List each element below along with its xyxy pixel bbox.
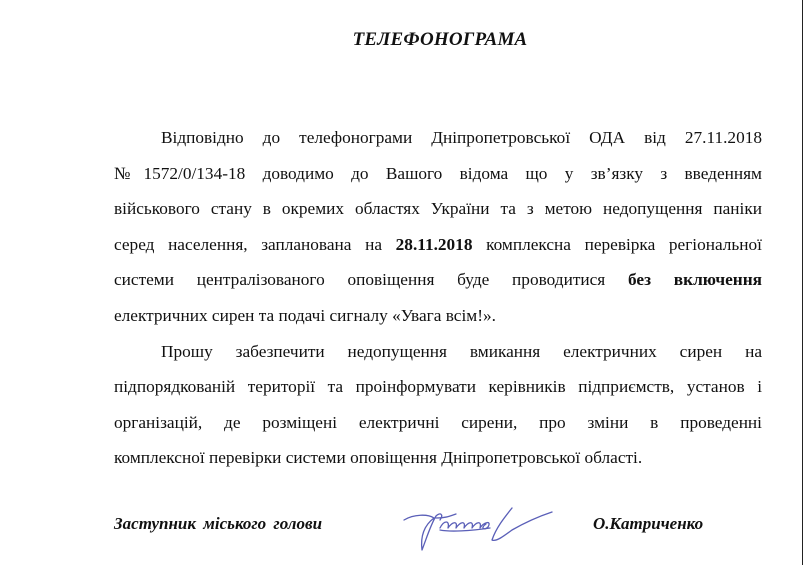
text-line: серед населення, запланована на 28.11.20… — [114, 227, 762, 263]
paragraph-1: Відповідно до телефонограми Дніпропетров… — [114, 120, 762, 334]
emphasis-highlight: без включення — [628, 270, 762, 289]
handwritten-signature-icon — [400, 500, 560, 562]
text-line: Відповідно до телефонограми Дніпропетров… — [114, 120, 762, 156]
signature-block: Заступник міського голови О.Катриченко — [0, 500, 802, 565]
document-body: Відповідно до телефонограми Дніпропетров… — [114, 120, 762, 476]
document-title: ТЕЛЕФОНОГРАМА — [0, 26, 803, 54]
text-line: електричних сирен та подачі сигналу «Ува… — [114, 298, 762, 334]
text-line: Прошу забезпечити недопущення вмикання е… — [114, 334, 762, 370]
signatory-position: Заступник міського голови — [114, 514, 322, 534]
date-highlight: 28.11.2018 — [396, 235, 473, 254]
text-line: військового стану в окремих областях Укр… — [114, 191, 762, 227]
text-run: комплексна перевірка регіональної — [472, 235, 762, 254]
text-line: системи централізованого оповіщення буде… — [114, 262, 762, 298]
text-run: системи централізованого оповіщення буде… — [114, 270, 628, 289]
text-line: підпорядкованій території та проінформув… — [114, 369, 762, 405]
signatory-name: О.Катриченко — [593, 514, 703, 534]
document-page: ТЕЛЕФОНОГРАМА Відповідно до телефонограм… — [0, 0, 802, 565]
text-run: серед населення, запланована на — [114, 235, 396, 254]
text-line: організацій, де розміщені електричні сир… — [114, 405, 762, 441]
paragraph-2: Прошу забезпечити недопущення вмикання е… — [114, 334, 762, 476]
text-line: комплексної перевірки системи оповіщення… — [114, 440, 762, 476]
text-line: №1572/0/134-18 доводимо до Вашого відома… — [114, 156, 762, 192]
